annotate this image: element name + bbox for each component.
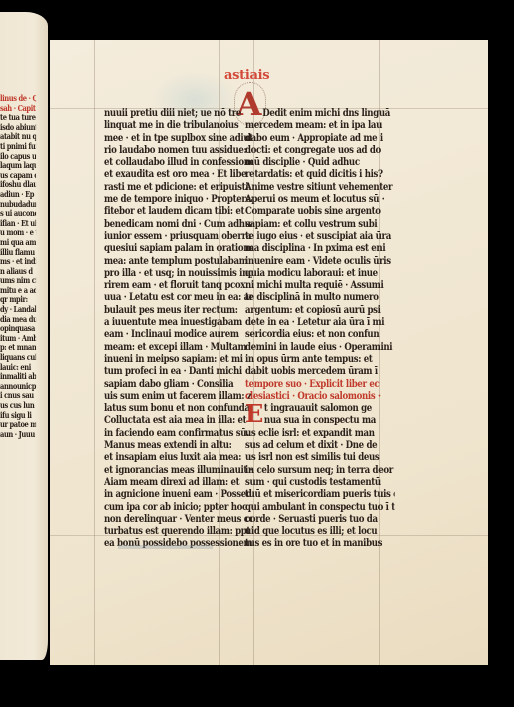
text-line: sah · Capit li <box>0 104 36 114</box>
text-line: mitu e a adi <box>0 286 36 296</box>
text-line: et collaudabo illud in confessione · <box>104 157 252 169</box>
text-line: us eclie isrl: et expandit man <box>245 428 395 440</box>
text-line: cum ipa cor ab inicio; ppter hoc <box>104 502 252 514</box>
text-line: adiun · Ep <box>0 190 36 200</box>
text-line: ma disciplina · In pxima est eni <box>245 243 395 255</box>
text-line: quesiui sapiam palam in oratione <box>104 243 252 255</box>
rubric-initial-e: E <box>245 401 269 427</box>
text-line: non derelinquar · Venter meus co <box>104 514 252 526</box>
text-line: Comparate uobis sine argento <box>245 206 395 218</box>
left-page-column: linus de · Quosah · Capit lite tua ture … <box>0 94 44 439</box>
text-line: u mom · e tp <box>0 228 36 238</box>
text-line: i cnus sau <box>0 391 36 401</box>
text-line: sericordia eius: et non confun <box>245 329 395 341</box>
manuscript-leaf: astiais A nuuii pretiu diii niet; ue nō … <box>50 40 488 665</box>
text-line: qui ambulant in conspectu tuo ī toto <box>245 502 395 514</box>
running-head: astiais <box>224 68 269 83</box>
text-line: us isrl non est similis tui deus <box>245 452 395 464</box>
text-line: Colluctata est aia mea in illa: et <box>104 415 252 427</box>
text-line: iunior essem · priusquam oberrare <box>104 231 252 243</box>
text-line: ilo capus uni <box>0 152 36 162</box>
text-line: dy · Landabo <box>0 305 36 315</box>
text-line: Aperui os meum et locutus sū · <box>245 194 395 206</box>
text-line: itum · Ambe <box>0 334 36 344</box>
text-line: uis sum enim ut facerem illam: ze <box>104 391 252 403</box>
text-line: laqum laqua <box>0 161 36 171</box>
text-line: ni michi multa requiē · Assumi <box>245 280 395 292</box>
text-line: atabit nu qua <box>0 132 36 142</box>
text-line: te tua ture oper <box>0 113 36 123</box>
text-line: s ui aucone <box>0 209 36 219</box>
text-line: turbatus est querendo illam: ppt <box>104 526 252 538</box>
text-line: mercedem meam: et in ipa lau <box>245 120 395 132</box>
text-line: te disciplinā in multo numero <box>245 292 395 304</box>
text-line: argentum: et copiosū aurū psi <box>245 305 395 317</box>
text-line: pro illa · et usq; in nouissimis inq <box>104 268 252 280</box>
text-line: eam · Inclinaui modice aurem <box>104 329 252 341</box>
text-line: rirem eam · et floruit tanq pcox <box>104 280 252 292</box>
text-line: illiu flamu <box>0 248 36 258</box>
text-line: nubudadur <box>0 200 36 210</box>
text-line: et ignorancias meas illuminauit · <box>104 465 252 477</box>
text-line: Manus meas extendi in altu: <box>104 440 252 452</box>
text-line: mū disciplie · Quid adhuc <box>245 157 395 169</box>
text-line: sum · qui custodis testamentū <box>245 477 395 489</box>
text-line: uua · Letatu est cor meu in ea: am <box>104 292 252 304</box>
text-line: p: et mnan <box>0 343 36 353</box>
text-line: liquans cui <box>0 353 36 363</box>
text-line: in faciendo eam confirmatus sū. <box>104 428 252 440</box>
text-line: qr mpir: <box>0 295 36 305</box>
text-line: latus sum bonu et non confunda <box>104 403 252 415</box>
text-line: a iuuentute mea inuestigabam <box>104 317 252 329</box>
text-line: tus es in ore tuo et in manibus <box>245 538 395 550</box>
text-line: et insapiam eius luxit aia mea: <box>104 452 252 464</box>
text-line: benedicam nomi dni · Cum adhuc <box>104 219 252 231</box>
text-line: rasti me et pdicione: et eripuisti <box>104 182 252 194</box>
text-line: in agnicione inueni eam · Possede <box>104 489 252 501</box>
text-line: quia modicu laboraui: et inue <box>245 268 395 280</box>
text-line: mea: ante templum postulabam <box>104 256 252 268</box>
text-line: tuū et misericordiam pueris tuis e <box>245 489 395 501</box>
text-line: in opus ūrm ante tempus: et <box>245 354 395 366</box>
text-line: me de tempore iniquo · Propterea <box>104 194 252 206</box>
text-line: ms · et india <box>0 257 36 267</box>
text-line: sapiam: et collu vestrum subi <box>245 219 395 231</box>
text-line: Dedit enim michi dns linguā <box>245 108 395 120</box>
text-line: ums nim ci <box>0 276 36 286</box>
text-line: dia mea du <box>0 315 36 325</box>
text-line: ur patoe m <box>0 420 36 430</box>
text-line: tempore suo · Explicit liber ec <box>245 379 395 391</box>
text-line: opinquasa <box>0 324 36 334</box>
text-line: rio laudabo nomen tuu assidue: <box>104 145 252 157</box>
text-line: fitebor et laudem dicam tibi: et <box>104 206 252 218</box>
text-line: sus ad celum et dixit · Dne de <box>245 440 395 452</box>
text-line: linquat me in die tribulanoius <box>104 120 252 132</box>
text-column-right: Dedit enim michi dns linguāmercedem meam… <box>245 108 419 551</box>
text-line: demini in laude eius · Operamini <box>245 342 395 354</box>
text-line: docti: et congregate uos ad do <box>245 145 395 157</box>
text-line: dete in ea · Letetur aia ūra ī mi <box>245 317 395 329</box>
text-line: bulauit pes meus iter rectum: <box>104 305 252 317</box>
text-line: ifoshu dlau <box>0 180 36 190</box>
text-line: inmaliti ab <box>0 372 36 382</box>
text-line: inueni in meipso sapiam: et mi <box>104 354 252 366</box>
text-line: corde · Seruasti pueris tuo da <box>245 514 395 526</box>
text-line: dabo eum · Appropiate ad me i <box>245 133 395 145</box>
text-line: lauic: eni <box>0 363 36 373</box>
text-line: Aiam meam direxi ad illam: et <box>104 477 252 489</box>
facing-left-page: linus de · Quosah · Capit lite tua ture … <box>0 12 48 660</box>
text-line: n aliaus d <box>0 267 36 277</box>
text-line: nuuii pretiu diii niet; ue nō tre <box>104 108 252 120</box>
text-line: announicpr <box>0 382 36 392</box>
text-line: aun · Juuu <box>0 430 36 440</box>
text-line: mi qua am b <box>0 238 36 248</box>
text-line: ifu sigu li <box>0 411 36 421</box>
offset-text-ghost <box>118 545 213 549</box>
text-line: isdo abiunt sa a <box>0 123 36 133</box>
text-line: ifian · Et uiai <box>0 219 36 229</box>
text-line: te iugo eius · et suscipiat aia ūra <box>245 231 395 243</box>
text-line: tum profeci in ea · Danti michi <box>104 366 252 378</box>
text-line: linus de · Quo <box>0 94 36 104</box>
text-line: et exaudita est oro mea · Et libe <box>104 169 252 181</box>
text-line: retardatis: et quid dicitis i his? <box>245 169 395 181</box>
text-line: uid que locutus es illi; et locu <box>245 526 395 538</box>
text-line: dabit uobis mercedem ūram ī <box>245 366 395 378</box>
text-line: Anime vestre sitiunt vehementer · <box>245 182 395 194</box>
text-line: in celo sursum neq; in terra deor <box>245 465 395 477</box>
text-line: inuenire eam · Videte oculis ūris <box>245 256 395 268</box>
text-line: us cus lun <box>0 401 36 411</box>
margin-rule <box>94 40 95 665</box>
text-line: sapiam dabo gliam · Consilia <box>104 379 252 391</box>
text-line: mee · et in tpe suplbox sine adiuto <box>104 133 252 145</box>
text-line: meam: et excepi illam · Multam <box>104 342 252 354</box>
text-line: ti pnimi fuis <box>0 142 36 152</box>
text-line: us capam ou <box>0 171 36 181</box>
